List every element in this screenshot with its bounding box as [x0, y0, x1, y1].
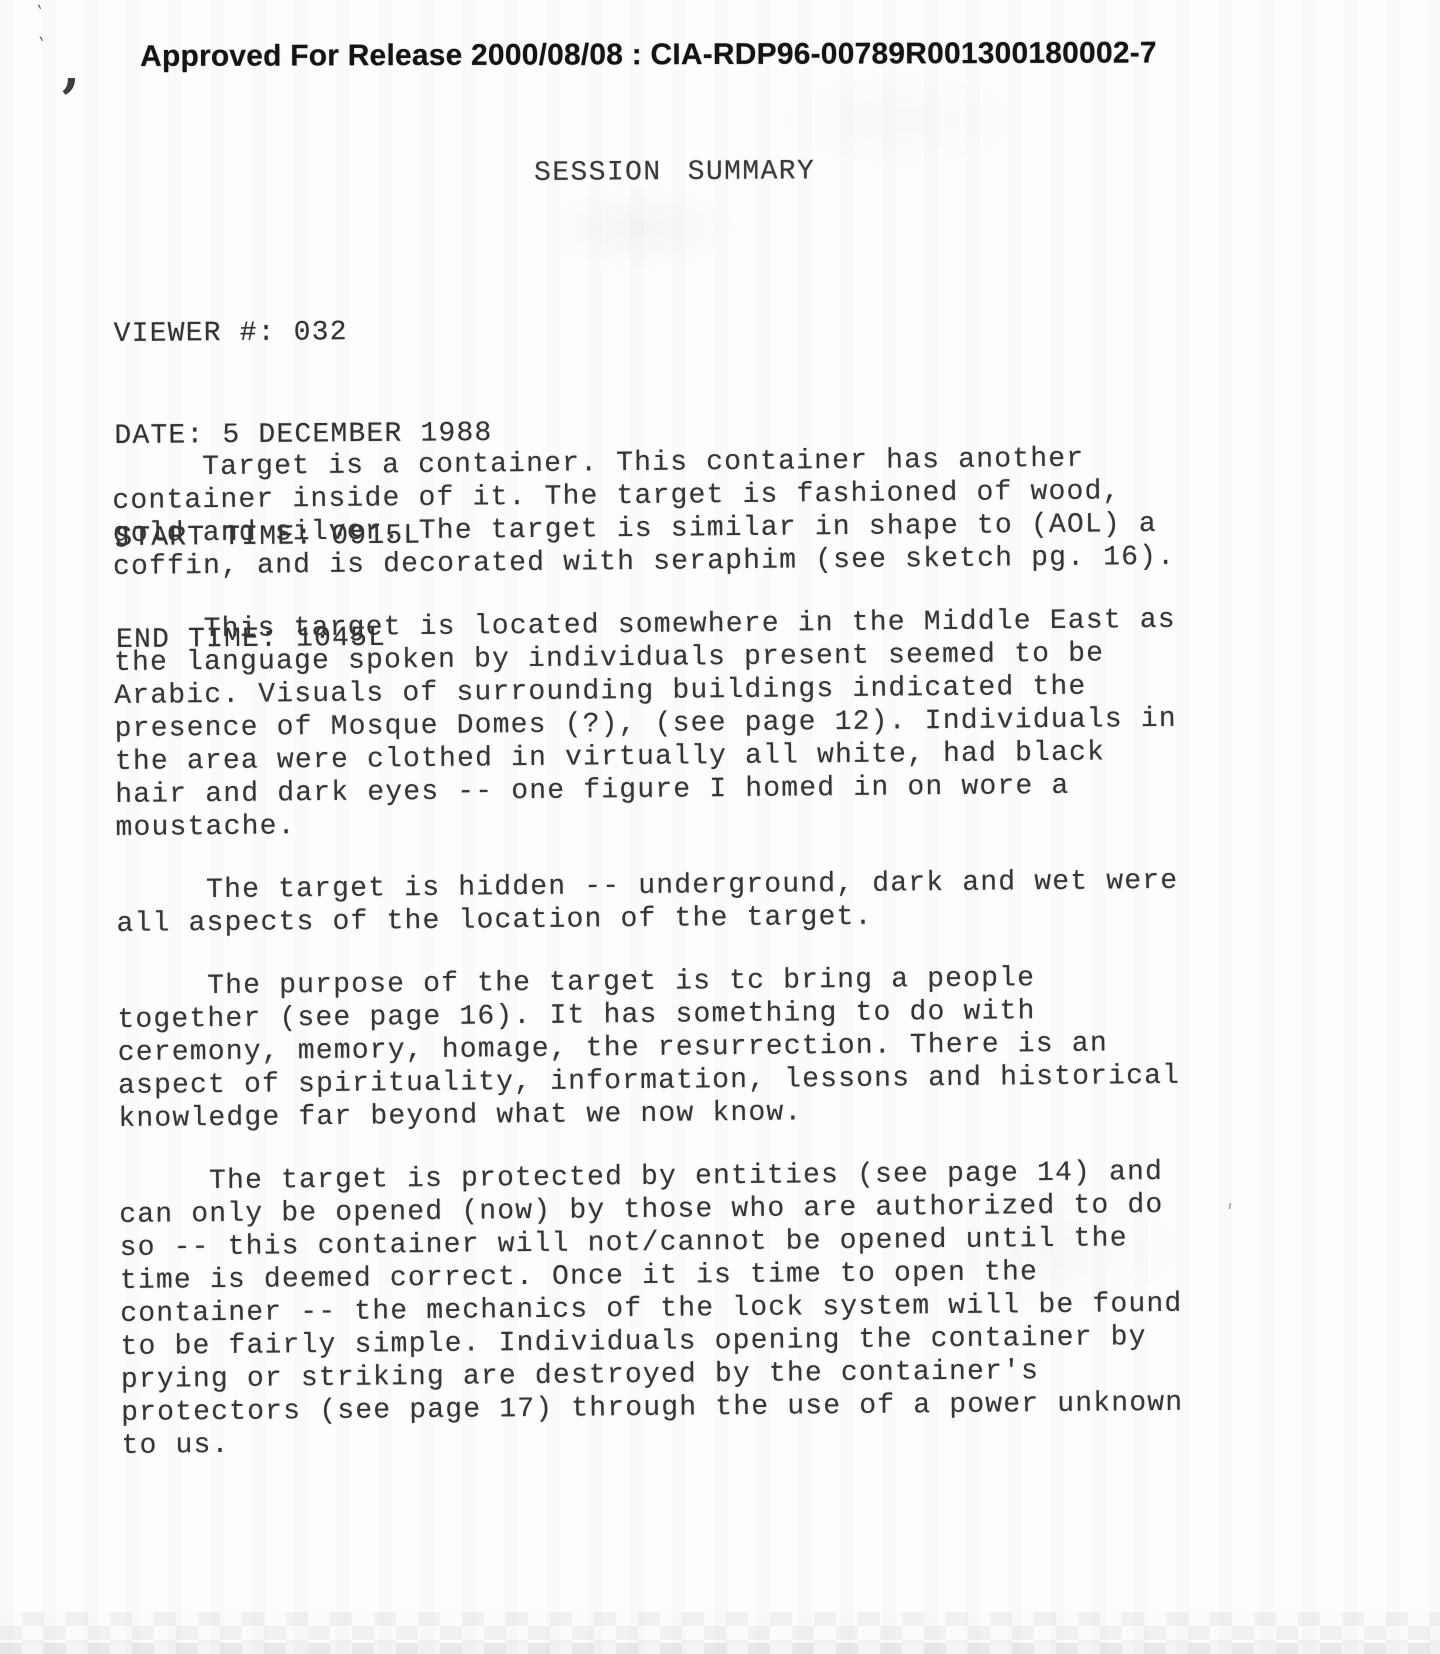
classification-header: Approved For Release 2000/08/08 : CIA-RD…: [140, 36, 1157, 74]
stray-mark-comma: ,: [62, 38, 80, 99]
session-summary-body: Target is a container. This container ha…: [112, 441, 1232, 1493]
paragraph-target-hidden: The target is hidden -- underground, dar…: [116, 864, 1227, 941]
scan-artifact-bottom-edge: [0, 1643, 1440, 1654]
meta-viewer-number: VIEWER #: 032: [114, 315, 492, 352]
paragraph-target-description: Target is a container. This container ha…: [112, 441, 1223, 584]
scanned-document-page: ` ` , ' Approved For Release 2000/08/08 …: [0, 0, 1440, 1654]
stray-mark-tick-mid: `: [34, 33, 48, 58]
paragraph-target-protection: The target is protected by entities (see…: [119, 1155, 1232, 1463]
stray-mark-tick-top: `: [32, 1, 47, 27]
document-title: SESSION SUMMARY: [534, 156, 815, 189]
paragraph-target-purpose: The purpose of the target is tc bring a …: [117, 960, 1229, 1136]
paragraph-location-middle-east: This target is located somewhere in the …: [114, 603, 1226, 845]
